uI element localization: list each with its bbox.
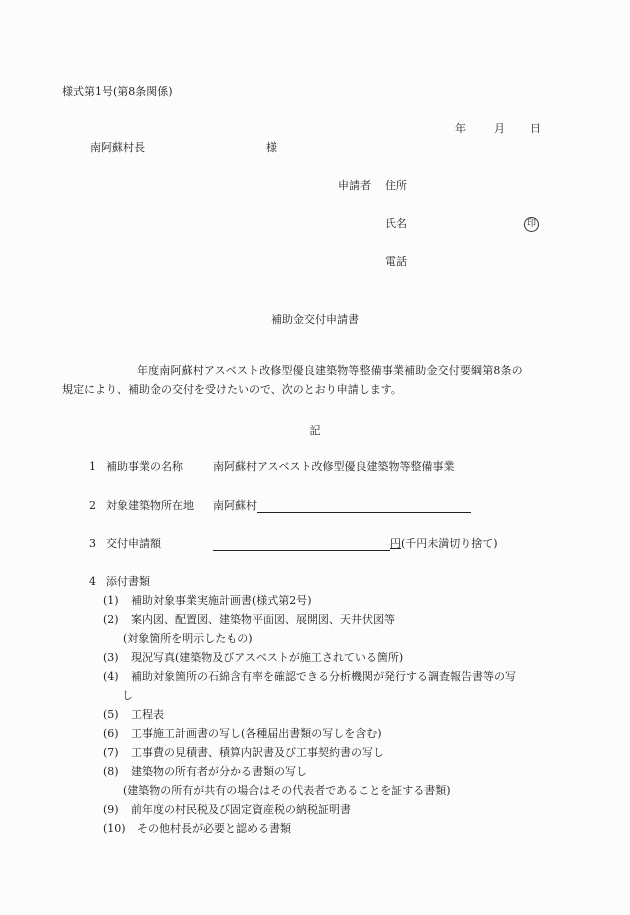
attachment-9-number: (9) bbox=[103, 803, 119, 817]
attachment-7-number: (7) bbox=[103, 746, 119, 760]
attachment-2-text: 案内図、配置図、建築物平面図、展開図、天井伏図等 bbox=[131, 613, 395, 627]
item-1-value: 南阿蘇村アスベスト改修型優良建築物等整備事業 bbox=[213, 460, 455, 474]
attachment-1-text: 補助対象事業実施計画書(様式第2号) bbox=[131, 594, 312, 608]
item-2-number: 2 bbox=[89, 499, 96, 513]
item-4-label: 添付書類 bbox=[106, 575, 150, 589]
attachment-8-continuation: (建築物の所有が共有の場合はその代表者であることを証する書類) bbox=[123, 784, 451, 798]
attachment-5-text: 工程表 bbox=[131, 708, 164, 722]
attachment-6-number: (6) bbox=[103, 727, 119, 741]
location-prefix: 南阿蘇村 bbox=[213, 499, 257, 512]
phone-label: 電話 bbox=[385, 255, 407, 269]
item-3-number: 3 bbox=[89, 537, 96, 551]
location-field[interactable]: 南阿蘇村 bbox=[213, 499, 471, 513]
document-title: 補助金交付申請書 bbox=[0, 313, 630, 327]
amount-note: (千円未満切り捨て) bbox=[401, 537, 498, 550]
attachment-9-text: 前年度の村民税及び固定資産税の納税証明書 bbox=[131, 803, 351, 817]
attachment-10-number: (10) bbox=[103, 822, 126, 836]
item-1-number: 1 bbox=[89, 460, 96, 474]
attachment-4-continuation: し bbox=[122, 689, 133, 703]
address-label: 住所 bbox=[385, 179, 407, 193]
attachment-10-text: その他村長が必要と認める書類 bbox=[137, 822, 291, 836]
attachment-6-text: 工事施工計画書の写し(各種届出書類の写しを含む) bbox=[131, 727, 382, 741]
intro-line-1: 年度南阿蘇村アスベスト改修型優良建築物等整備事業補助金交付要綱第8条の bbox=[137, 364, 523, 378]
item-1-label: 補助事業の名称 bbox=[106, 460, 183, 474]
addressee-honorific: 様 bbox=[266, 141, 277, 155]
amount-unit: 円 bbox=[390, 537, 401, 550]
addressee-name: 南阿蘇村長 bbox=[90, 141, 145, 155]
item-2-label: 対象建築物所在地 bbox=[106, 499, 194, 513]
date-year-label: 年 bbox=[455, 122, 466, 136]
attachment-2-number: (2) bbox=[103, 613, 119, 627]
amount-blank-line[interactable] bbox=[213, 538, 390, 551]
location-blank-line[interactable] bbox=[257, 500, 471, 513]
amount-field[interactable]: 円(千円未満切り捨て) bbox=[213, 537, 498, 551]
attachment-5-number: (5) bbox=[103, 708, 119, 722]
attachment-8-text: 建築物の所有者が分かる書類の写し bbox=[131, 765, 307, 779]
date-day-label: 日 bbox=[530, 122, 541, 136]
name-label: 氏名 bbox=[385, 217, 407, 231]
date-month-label: 月 bbox=[494, 122, 505, 136]
attachment-4-text: 補助対象箇所の石綿含有率を確認できる分析機関が発行する調査報告書等の写 bbox=[131, 670, 516, 684]
applicant-label: 申請者 bbox=[338, 179, 371, 193]
attachment-1-number: (1) bbox=[103, 594, 119, 608]
ki-heading: 記 bbox=[0, 424, 630, 438]
attachment-7-text: 工事費の見積書、積算内訳書及び工事契約書の写し bbox=[131, 746, 384, 760]
item-4-number: 4 bbox=[89, 575, 96, 589]
attachment-4-number: (4) bbox=[103, 670, 119, 684]
intro-line-2: 規定により、補助金の交付を受けたいので、次のとおり申請します。 bbox=[62, 383, 402, 397]
attachment-3-number: (3) bbox=[103, 651, 119, 665]
attachment-8-number: (8) bbox=[103, 765, 119, 779]
attachment-2-continuation: (対象箇所を明示したもの) bbox=[123, 632, 253, 646]
seal-icon: 印 bbox=[524, 217, 539, 232]
seal-mark: 印 bbox=[524, 216, 539, 232]
form-number: 様式第1号(第8条関係) bbox=[62, 85, 173, 99]
attachment-3-text: 現況写真(建築物及びアスベストが施工されている箇所) bbox=[131, 651, 403, 665]
item-3-label: 交付申請額 bbox=[106, 537, 161, 551]
